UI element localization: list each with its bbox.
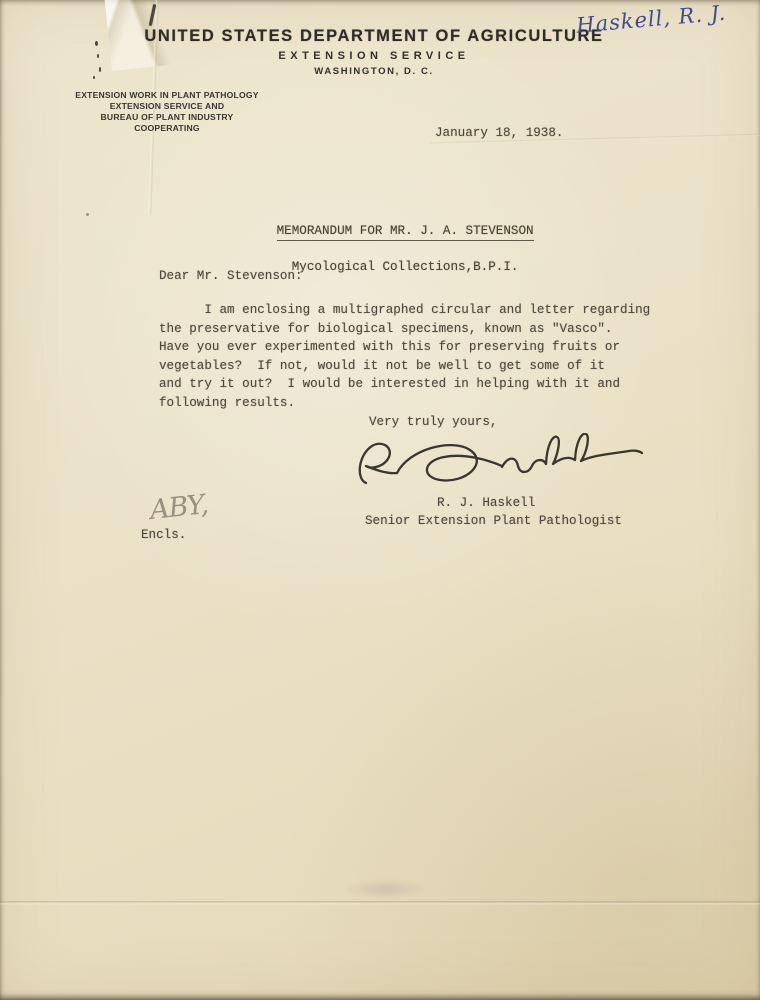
- memo-heading-line2: Mycological Collections,B.P.I.: [292, 260, 519, 274]
- typed-signer-name: R. J. Haskell: [437, 496, 535, 510]
- pencil-initials-annotation: ABY,: [149, 489, 210, 526]
- faint-ink-stain: [330, 876, 440, 902]
- enclosure-notation: Encls.: [141, 528, 186, 542]
- date-line: January 18, 1938.: [435, 126, 563, 140]
- signer-title: Senior Extension Plant Pathologist: [365, 514, 622, 528]
- closing-line: Very truly yours,: [369, 415, 497, 429]
- letterhead-office-block: EXTENSION WORK IN PLANT PATHOLOGY EXTENS…: [72, 90, 262, 134]
- body-paragraph: I am enclosing a multigraphed circular a…: [159, 301, 650, 413]
- letterhead-service: EXTENSION SERVICE: [0, 50, 748, 62]
- letterhead-city: WASHINGTON, D. C.: [0, 66, 748, 77]
- signature-handwritten: [352, 433, 652, 495]
- letter-scan-page: UNITED STATES DEPARTMENT OF AGRICULTURE …: [0, 0, 760, 1000]
- memo-heading: MEMORANDUM FOR MR. J. A. STEVENSON Mycol…: [0, 205, 760, 294]
- salutation: Dear Mr. Stevenson:: [159, 269, 303, 283]
- memo-heading-line1: MEMORANDUM FOR MR. J. A. STEVENSON: [277, 223, 534, 242]
